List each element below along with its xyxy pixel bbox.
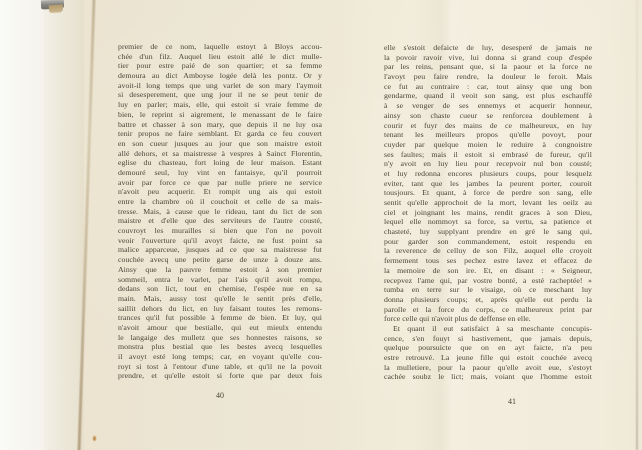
text-line: quelque poursuicte que on en ayt faicte,… (384, 343, 592, 353)
text-line: ce fut au contraire : car, tout ainsy qu… (384, 82, 592, 92)
text-line: fermement tous ses pechez estre lavez et… (384, 256, 592, 266)
text-line: ses faultes; mais il estoit si embrasé d… (384, 150, 592, 160)
text-line: à se venger de ses ennemys et acquerir h… (384, 101, 592, 111)
text-line: donna plusieurs coups; et, après qu'elle… (384, 295, 592, 305)
text-line: monstra plus bestial que les bestes avec… (118, 342, 322, 352)
text-line: par les reins, pensant que, si la paour … (384, 62, 592, 72)
open-book-photo: premier de ce nom, laquelle estoyt à Blo… (0, 0, 642, 450)
text-line: tumba en terre sur le visaige, où ce mes… (384, 285, 592, 295)
text-line: cence, s'en fouyt si hastivement, que ja… (384, 334, 592, 344)
text-line: tenir propos ne faire semblant. Et garda… (118, 129, 322, 139)
text-line: eglise du chasteau, fort loing de leur m… (118, 158, 322, 168)
left-page-number: 40 (208, 391, 232, 400)
spine-headband (49, 5, 63, 14)
text-line: tier pour estre paié de son quartier; et… (118, 61, 322, 71)
text-line: sentit qu'elle approchoit de la mort, le… (384, 198, 592, 208)
right-page-text: elle s'estoit defaicte de luy, desesperé… (384, 43, 592, 382)
text-line: maistre et d'elle que des serviteurs de … (118, 216, 322, 226)
text-line: avoit-il long temps que ung varlet de so… (118, 81, 322, 91)
text-line: la reverence de celluy de son Filz, auqu… (384, 246, 592, 256)
text-line: veoir l'ouverture qu'il avoyt faicte, ne… (118, 236, 322, 246)
text-line: premier de ce nom, laquelle estoyt à Blo… (118, 42, 322, 52)
text-line: eviter, tant que les jambes la peurent p… (384, 179, 592, 189)
text-line: trances qu'il fut possible à femme de bi… (118, 313, 322, 323)
text-line: tenant les meilleurs propos qu'elle povo… (384, 130, 592, 140)
text-line: avoir par force ce que par nulle priere … (118, 178, 322, 188)
text-line: la memoire de son ire. Et, en disant : «… (384, 266, 592, 276)
right-page-number: 41 (500, 397, 524, 406)
text-line: la mulletiere, pour la paour qu'elle avo… (384, 363, 592, 373)
text-line: cachée soubz le lict; mais, voiant que l… (384, 372, 592, 382)
text-line: Ainsy que la pauvre femme estoit à son p… (118, 265, 322, 275)
text-line: n'y avoit en luy lieu pour recepvoir nul… (384, 159, 592, 169)
text-line: parolle et la force du corps, ce malheur… (384, 305, 592, 315)
text-line: la povoir ravoir vive, lui donna si gran… (384, 53, 592, 63)
text-line: chasteté, luy supplyant prendre en gré l… (384, 227, 592, 237)
text-line: demoura au dict Amboyse logée delà les p… (118, 71, 322, 81)
text-line: l'avoyt peu faire rendre, la douleur le … (384, 72, 592, 82)
text-line: le langaige des mulletz que ses honneste… (118, 333, 322, 343)
text-line: luy en parler; mais, elle, qui estoit si… (118, 100, 322, 110)
text-line: allé dehors, et sa maistresse à vespres … (118, 149, 322, 159)
text-line: lequel elle nommoyt sa force, sa vertu, … (384, 217, 592, 227)
text-line: Et quant il eut satisfaict à sa meschant… (384, 324, 592, 334)
text-line: ainsy son chaste cueur se renforcea doub… (384, 111, 592, 121)
text-line: couvroyt les murailles si bien que l'on … (118, 226, 322, 236)
text-line: saillit dehors du lict, en luy faisant t… (118, 304, 322, 314)
text-line: battre et chasser à son mary, que depuis… (118, 120, 322, 130)
text-line: et luy redonna encores plusieurs coups, … (384, 169, 592, 179)
text-line: force celle qui n'avoit plus de deffense… (384, 314, 592, 324)
text-line: chée d'un filz. Auquel lieu estoit allé … (118, 52, 322, 62)
text-line: sommeil, entra le varlet, par l'ais qu'i… (118, 275, 322, 285)
text-line: bien, le reprint si aigrement, le menass… (118, 110, 322, 120)
text-line: prendre, et qu'elle estoit si forte que … (118, 371, 322, 381)
text-line: il avoyt esté long temps; car, en voyant… (118, 352, 322, 362)
text-line: n'avoit amour que bestialle, qui eut mie… (118, 323, 322, 333)
text-line: pour garder son commandement, estoit res… (384, 237, 592, 247)
text-line: main. Mais, aussy tost qu'elle le sentit… (118, 294, 322, 304)
right-page-edge (636, 0, 638, 450)
text-line: recepvez l'ame qui, par vostre bonté, a … (384, 276, 592, 286)
text-line: tousjours. Et quant, à force de perdre s… (384, 188, 592, 198)
text-line: cuyder par quelque moien le reduire à co… (384, 140, 592, 150)
text-line: ciel et joingnant les mains, rendit grac… (384, 208, 592, 218)
text-line: en son cueur jusques au jour que son mai… (118, 139, 322, 149)
text-line: n'avoit peu acquerir. Et rompit ung ais … (118, 187, 322, 197)
text-line: malice apparceue, jusques ad ce que sa m… (118, 245, 322, 255)
text-line: elle s'estoit defaicte de luy, desesperé… (384, 43, 592, 53)
text-line: estre retrouvé. La jeune fille qui estoi… (384, 353, 592, 363)
text-line: courir et fuyr des mains de ce malheureu… (384, 121, 592, 131)
text-line: dedans son lict, tout en chemise, l'espé… (118, 284, 322, 294)
text-line: gendarme, quand il veoit son sang, est p… (384, 91, 592, 101)
text-line: si desesperement, que ung jour il ne se … (118, 90, 322, 100)
text-line: couchée avecq une petite garse de unze à… (118, 255, 322, 265)
text-line: tresse. Mais, à cause que le rideau, tan… (118, 207, 322, 217)
text-line: entre la chambre où il couchoit et celle… (118, 197, 322, 207)
binding-speck (93, 436, 96, 441)
left-page-text: premier de ce nom, laquelle estoyt à Blo… (118, 42, 322, 381)
text-line: royt si tost à l'entour d'une table, et … (118, 362, 322, 372)
text-line: demouré seul, luy vint en fantaisye, qu'… (118, 168, 322, 178)
